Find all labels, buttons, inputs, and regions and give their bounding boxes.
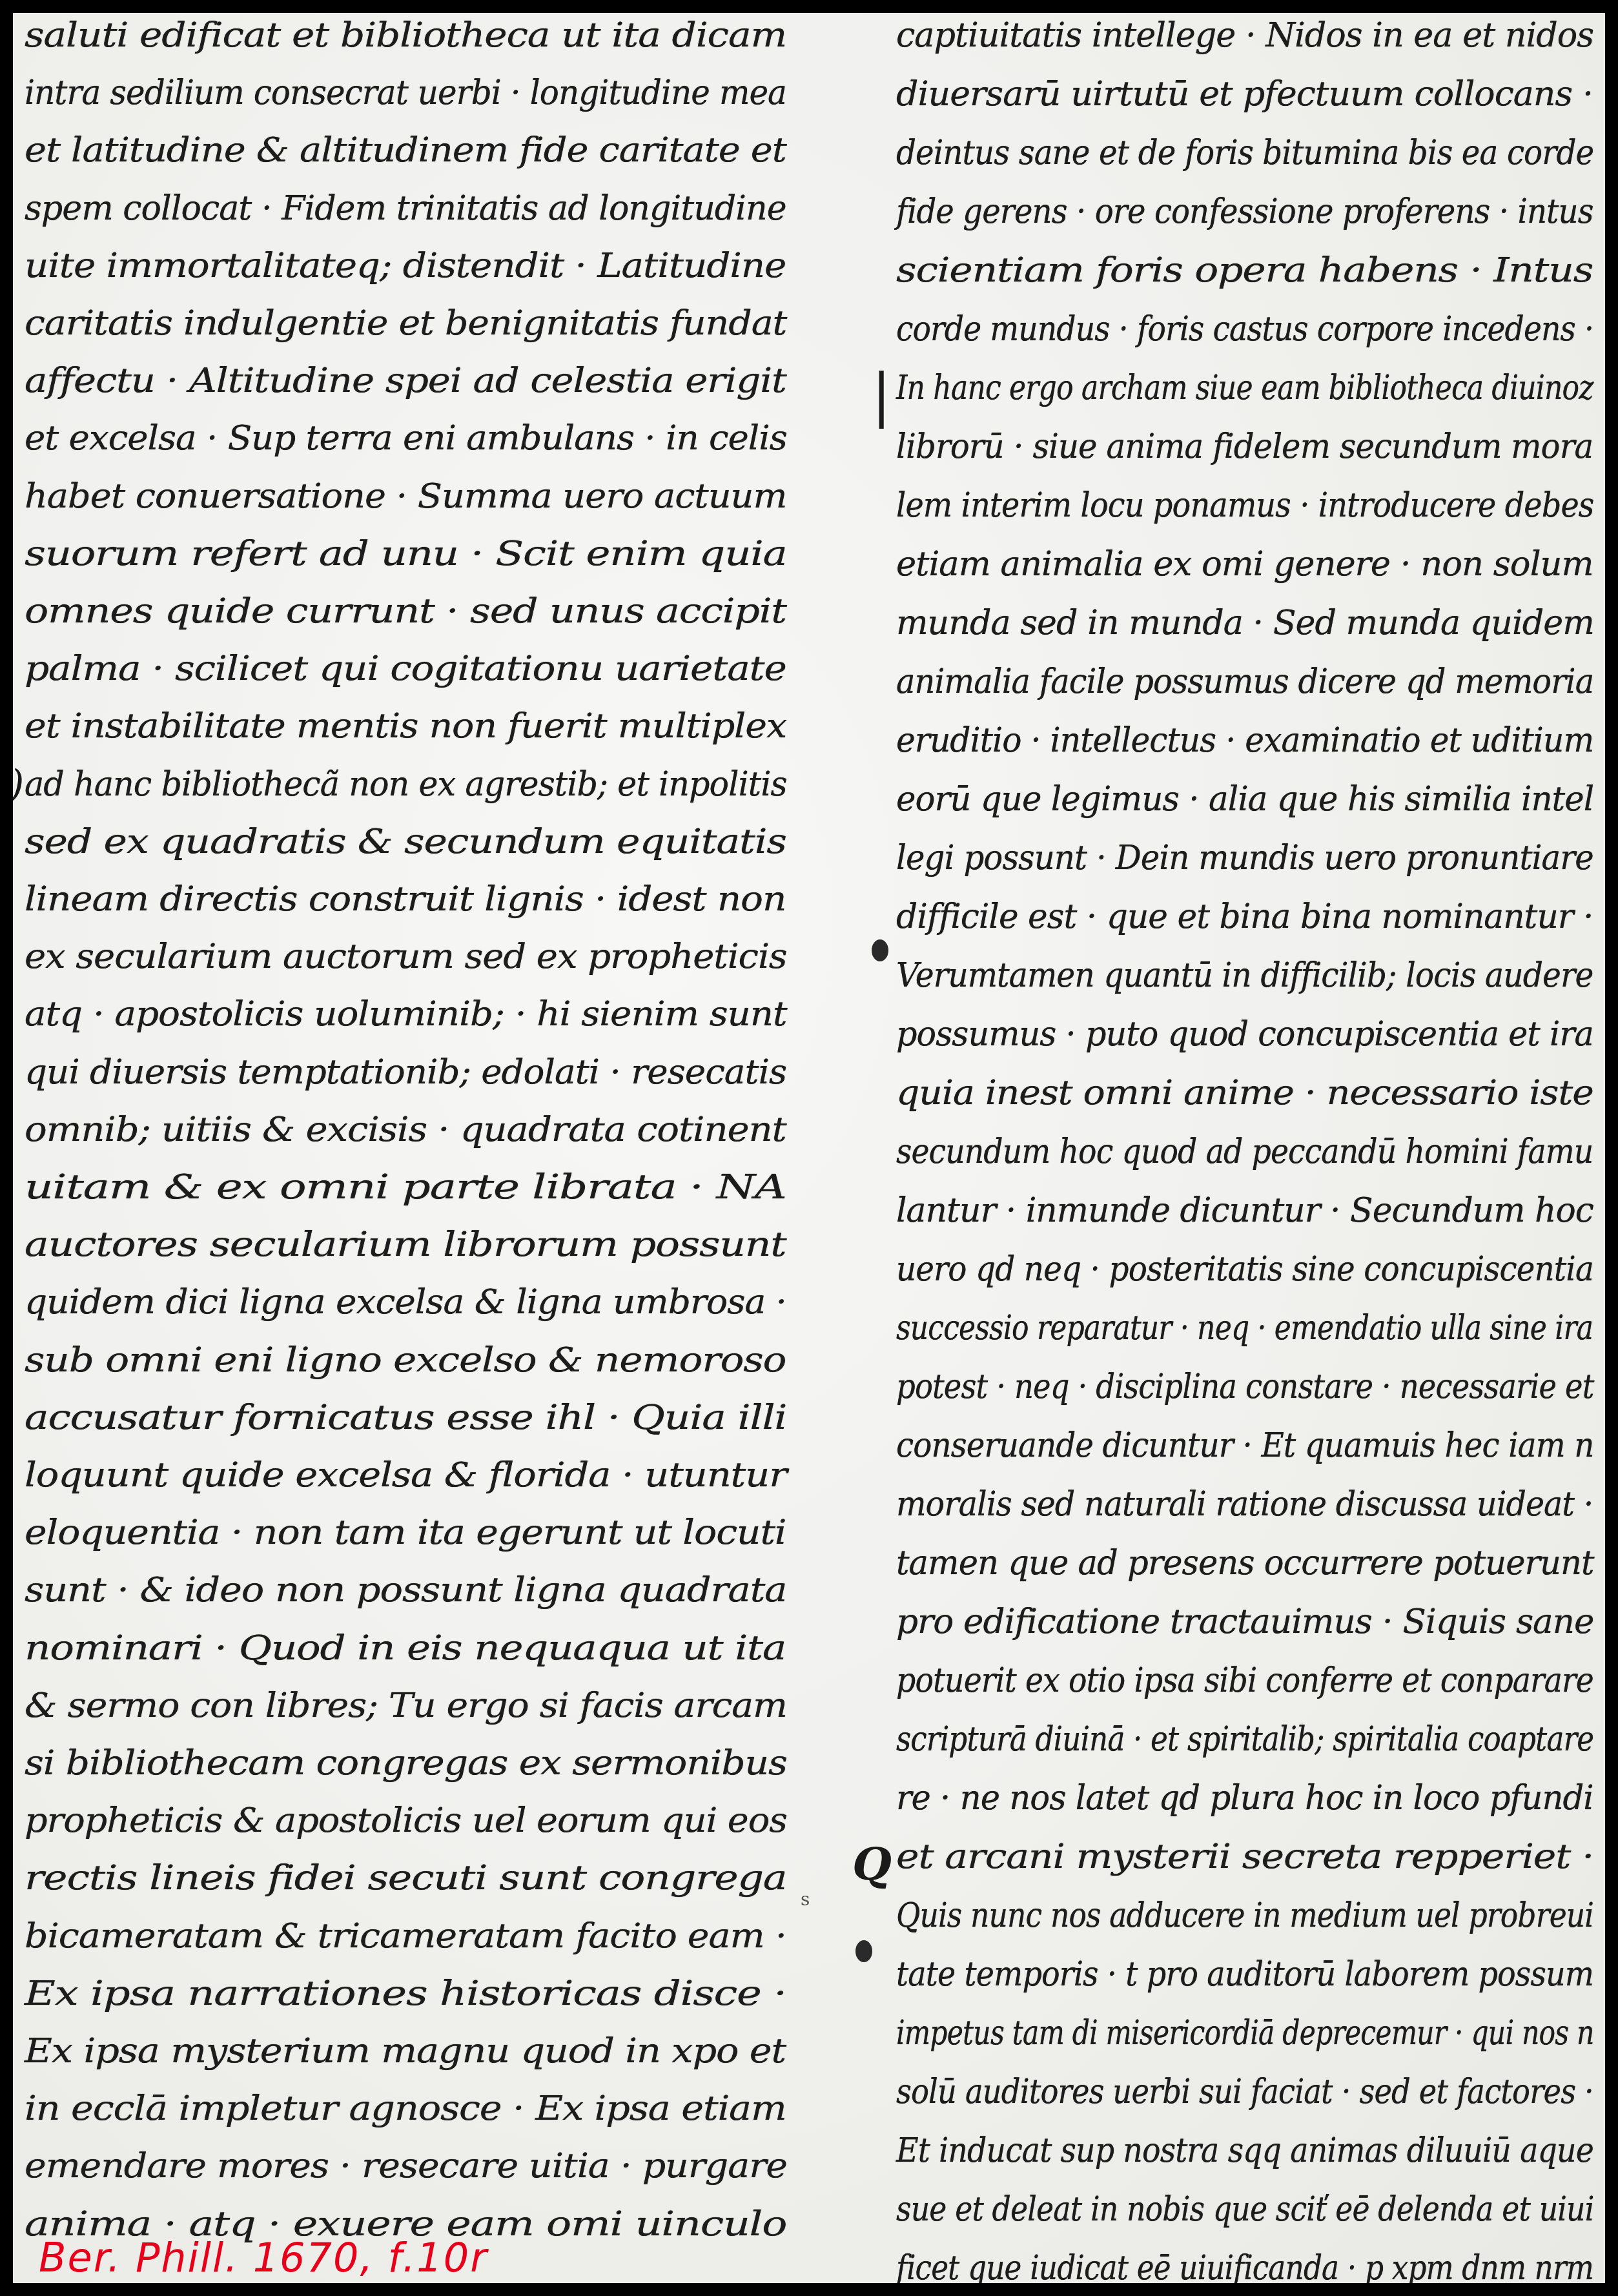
manuscript-line: et latitudine & altitudinem fide caritat… [25,131,786,170]
manuscript-line: spem collocat · Fidem trinitatis ad long… [25,189,786,228]
manuscript-line: quidem dici ligna excelsa & ligna umbros… [25,1283,786,1322]
manuscript-line: caritatis indulgentie et benignitatis fu… [25,304,786,343]
manuscript-line: fide gerens · ore confessione proferens … [896,192,1593,231]
manuscript-line: captiuitatis intellege · Nidos in ea et … [896,16,1593,55]
manuscript-line: saluti edificat et bibliotheca ut ita di… [25,16,786,55]
manuscript-line: potest · neq · disciplina constare · nec… [896,1368,1593,1406]
manuscript-line: loquunt quide excelsa & florida · utuntu… [25,1456,786,1495]
manuscript-line: scientiam foris opera habens · Intus [896,251,1593,290]
manuscript-line: sunt · & ideo non possunt ligna quadrata [25,1571,786,1610]
manuscript-line: munda sed in munda · Sed munda quidem [896,604,1594,642]
manuscript-line: quia inest omni anime · necessario iste [896,1074,1593,1112]
manuscript-line: & sermo con libres; Tu ergo si facis arc… [25,1686,787,1725]
manuscript-line: ex secularium auctorum sed ex prophetici… [25,938,786,976]
manuscript-line: Verumtamen quantū in difficilib; locis a… [896,956,1593,995]
manuscript-line: nominari · Quod in eis nequaqua ut ita [25,1629,786,1668]
marginal-dot-icon [855,1940,872,1962]
manuscript-line: conseruande dicuntur · Et quamuis hec ia… [896,1426,1594,1465]
manuscript-line: eruditio · intellectus · examinatio et u… [896,721,1593,760]
manuscript-line: sue et deleat in nobis que sciť eē delen… [896,2190,1593,2229]
left-margin-mark: ) [13,762,24,807]
manuscript-line: emendare mores · resecare uitia · purgar… [25,2147,787,2186]
manuscript-line: moralis sed naturali ratione discussa ui… [896,1485,1593,1524]
manuscript-line: potuerit ex otio ipsa sibi conferre et c… [896,1661,1593,1700]
manuscript-line: legi possunt · Dein mundis uero pronunti… [896,839,1593,877]
manuscript-line: suorum refert ad unu · Scit enim quia [25,535,787,573]
manuscript-line: bicameratam & tricameratam facito eam · [25,1917,786,1956]
left-text-column: saluti edificat et bibliotheca ut ita di… [25,13,819,2283]
gutter-mark: s [801,1889,810,1910]
manuscript-line: atq · apostolicis uoluminib; · hi sienim… [25,995,787,1034]
marginal-q-initial: Q [852,1837,892,1891]
manuscript-line: et arcani mysterii secreta repperiet · [896,1838,1593,1876]
manuscript-line: tate temporis · t pro auditorū laborem p… [896,1955,1593,1994]
manuscript-line: et excelsa · Sup terra eni ambulans · in… [25,419,787,458]
manuscript-line: corde mundus · foris castus corpore ince… [896,310,1593,349]
manuscript-line: ficet que iudicat eē uiuificanda · p xpm… [896,2249,1593,2283]
manuscript-line: eloquentia · non tam ita egerunt ut locu… [25,1513,786,1552]
manuscript-line: propheticis & apostolicis uel eorum qui … [25,1801,787,1840]
manuscript-line: accusatur fornicatus esse ihl · Quia ill… [25,1399,786,1437]
manuscript-line: si bibliothecam congregas ex sermonibus [25,1744,787,1783]
manuscript-line: eorū que legimus · alia que his similia … [896,780,1593,819]
manuscript-line: lantur · inmunde dicuntur · Secundum hoc [896,1191,1593,1230]
manuscript-line: etiam animalia ex omi genere · non solum [896,545,1593,584]
manuscript-line: sub omni eni ligno excelso & nemoroso [25,1341,786,1380]
marginal-paragraph-mark: | [872,362,891,429]
manuscript-line: uero qd neq · posteritatis sine concupis… [896,1250,1593,1289]
manuscript-line: in ecclā impletur agnosce · Ex ipsa etia… [25,2089,786,2128]
manuscript-line: qui diuersis temptationib; edolati · res… [25,1053,786,1092]
manuscript-line: omnes quide currunt · sed unus accipit [25,592,786,631]
manuscript-line: lineam directis construit lignis · idest… [25,880,786,919]
shelfmark-annotation: Ber. Phill. 1670, f.10r [39,2234,488,2281]
manuscript-line: affectu · Altitudine spei ad celestia er… [25,362,786,400]
marginal-initial-dot-icon [872,939,888,961]
manuscript-line: habet conuersatione · Summa uero actuum [25,477,786,516]
manuscript-line: uitam & ex omni parte librata · NA [25,1168,786,1207]
manuscript-line: Quis nunc nos adducere in medium uel pro… [896,1896,1593,1935]
manuscript-line: palma · scilicet qui cogitationu uarieta… [25,650,786,688]
manuscript-line: tamen que ad presens occurrere potuerunt [896,1544,1594,1583]
manuscript-line: lem interim locu ponamus · introducere d… [896,486,1593,525]
manuscript-line: deintus sane et de foris bitumina bis ea… [896,134,1593,172]
manuscript-line: animalia facile possumus dicere qd memor… [896,662,1593,701]
manuscript-line: impetus tam di misericordiā deprecemur ·… [896,2014,1594,2053]
manuscript-line: Ex ipsa narrationes historicas disce · [25,1974,786,2013]
manuscript-line: rectis lineis fidei secuti sunt congrega [25,1859,786,1898]
manuscript-line: In hanc ergo archam siue eam bibliotheca… [896,369,1593,407]
manuscript-line: uite immortalitateq; distendit · Latitud… [25,247,786,285]
manuscript-line: et instabilitate mentis non fuerit multi… [25,707,786,746]
manuscript-line: solū auditores uerbi sui faciat · sed et… [896,2073,1593,2111]
manuscript-line: omnib; uitiis & excisis · quadrata cotin… [25,1111,786,1149]
manuscript-line: possumus · puto quod concupiscentia et i… [896,1015,1593,1054]
manuscript-line: ad hanc bibliothecã non ex agrestib; et … [25,765,787,804]
manuscript-line: intra sedilium consecrat uerbi · longitu… [25,74,786,112]
manuscript-page: saluti edificat et bibliotheca ut ita di… [13,13,1605,2283]
manuscript-line: pro edificatione tractauimus · Siquis sa… [896,1603,1593,1641]
manuscript-line: sed ex quadratis & secundum equitatis [25,823,786,861]
manuscript-line: secundum hoc quod ad peccandū homini fam… [896,1133,1593,1171]
manuscript-line: re · ne nos latet qd plura hoc in loco p… [896,1779,1593,1818]
manuscript-line: successio reparatur · neq · emendatio ul… [896,1309,1593,1348]
manuscript-line: Et inducat sup nostra sqq animas diluuiū… [896,2131,1593,2170]
manuscript-line: Ex ipsa mysterium magnu quod in xpo et [25,2032,786,2071]
manuscript-line: difficile est · que et bina bina nominan… [896,897,1593,936]
manuscript-line: librorū · siue anima fidelem secundum mo… [896,427,1593,466]
manuscript-line: diuersarū uirtutū et pfectuum collocans … [896,75,1593,114]
manuscript-line: scripturā diuinā · et spiritalib; spirit… [896,1720,1593,1759]
manuscript-line: auctores secularium librorum possunt [25,1225,786,1264]
right-text-column: captiuitatis intellege · Nidos in ea et … [896,13,1605,2283]
